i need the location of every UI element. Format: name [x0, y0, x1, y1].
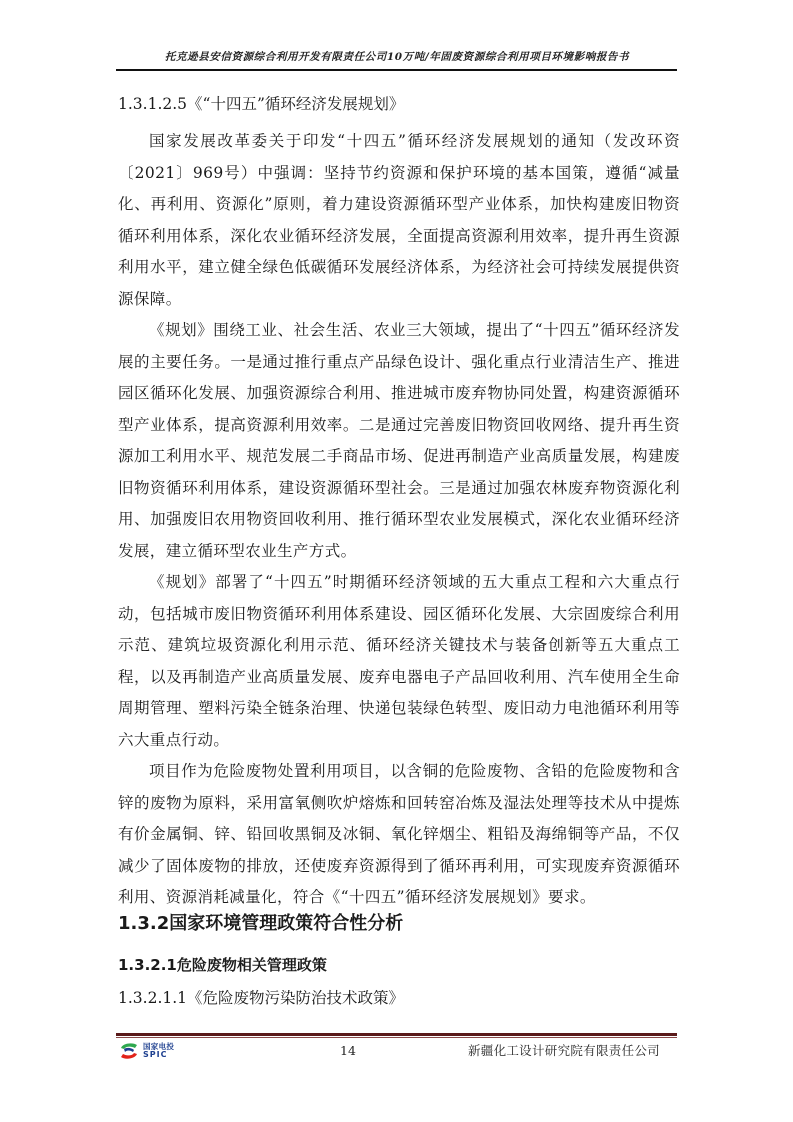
section-heading-1-3-2: 1.3.2国家环境管理政策符合性分析: [118, 912, 403, 936]
paragraph-notice: 国家发展改革委关于印发“十四五”循环经济发展规划的通知（发改环资〔2021〕96…: [118, 126, 680, 315]
page-body: 1.3.1.2.5《“十四五”循环经济发展规划》 国家发展改革委关于印发“十四五…: [118, 94, 680, 914]
running-header: 托克逊县安信资源综合利用开发有限责任公司10万吨/年固废资源综合利用项目环境影响…: [116, 50, 678, 64]
paragraph-main-tasks: 《规划》围绕工业、社会生活、农业三大领域，提出了“十四五”循环经济发展的主要任务…: [118, 315, 680, 567]
footer-divider-thin: [116, 1037, 677, 1038]
page-number: 14: [340, 1043, 356, 1059]
section-heading-1-3-1-2-5: 1.3.1.2.5《“十四五”循环经济发展规划》: [118, 94, 680, 114]
header-divider: [116, 69, 677, 71]
logo-english-name: SPIC: [143, 1051, 174, 1059]
section-heading-1-3-2-1-1: 1.3.2.1.1《危险废物污染防治技术政策》: [118, 988, 404, 1008]
section-heading-1-3-2-1: 1.3.2.1危险废物相关管理政策: [118, 955, 327, 975]
paragraph-key-projects: 《规划》部署了“十四五”时期循环经济领域的五大重点工程和六大重点行动，包括城市废…: [118, 567, 680, 756]
footer-organization: 新疆化工设计研究院有限责任公司: [468, 1043, 660, 1059]
spic-logo: 国家电投 SPIC: [118, 1042, 174, 1060]
spic-logo-icon: [118, 1042, 140, 1060]
paragraph-project-compliance: 项目作为危险废物处置利用项目，以含铜的危险废物、含铅的危险废物和含锌的废物为原料…: [118, 756, 680, 914]
footer-divider: [116, 1033, 677, 1036]
